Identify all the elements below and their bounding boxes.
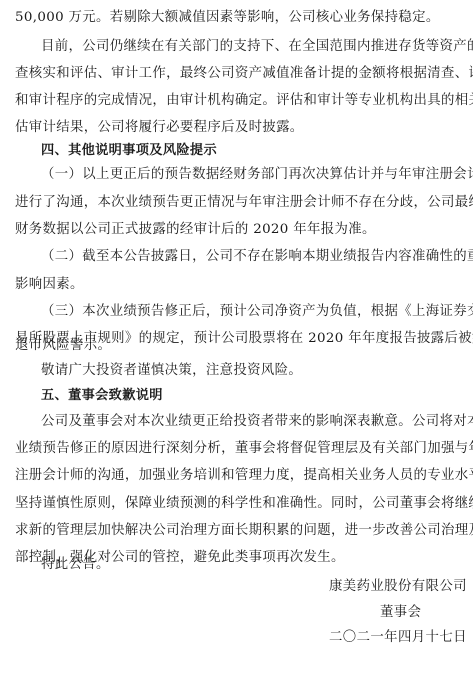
paragraph-line: 业绩预告修正的原因进行深刻分析，董事会将督促管理层及有关部门加强与年审 xyxy=(15,439,458,459)
section-heading-4: 四、其他说明事项及风险提示 xyxy=(41,141,473,161)
paragraph-line: 财务数据以公司正式披露的经审计后的 2020 年年报为准。 xyxy=(15,220,458,240)
paragraph-line: 50,000 万元。若剔除大额减值因素等影响，公司核心业务保持稳定。 xyxy=(15,8,458,28)
paragraph-line: 坚持谨慎性原则，保障业绩预测的科学性和准确性。同时，公司董事会将继续要 xyxy=(15,494,458,514)
paragraph-line: 影响因素。 xyxy=(15,275,458,295)
paragraph-line: 估审计结果，公司将履行必要程序后及时披露。 xyxy=(15,118,458,138)
document-page: 50,000 万元。若剔除大额减值因素等影响，公司核心业务保持稳定。 目前，公司… xyxy=(0,0,473,674)
signature-company: 康美药业股份有限公司 xyxy=(329,577,467,597)
paragraph-line: 退市风险警示。 xyxy=(15,336,458,356)
paragraph-line: 公司及董事会对本次业绩更正给投资者带来的影响深表歉意。公司将对本次 xyxy=(41,412,458,432)
paragraph-line: 目前，公司仍继续在有关部门的支持下、在全国范围内推进存货等资产的清 xyxy=(41,37,458,57)
paragraph-line: 和审计程序的完成情况，由审计机构确定。评估和审计等专业机构出具的相关评 xyxy=(15,91,458,111)
paragraph-line: （一）以上更正后的预告数据经财务部门再次决算估计并与年审注册会计师 xyxy=(41,165,458,185)
section-heading-5: 五、董事会致歉说明 xyxy=(41,386,473,406)
signature-board: 董事会 xyxy=(380,603,421,623)
paragraph-line: （二）截至本公告披露日，公司不存在影响本期业绩报告内容准确性的重大 xyxy=(41,247,458,267)
paragraph-line: 敬请广大投资者谨慎决策，注意投资风险。 xyxy=(41,361,458,381)
paragraph-line: 注册会计师的沟通，加强业务培训和管理力度，提高相关业务人员的专业水平， xyxy=(15,466,458,486)
paragraph-line: 求新的管理层加快解决公司治理方面长期积累的问题，进一步改善公司治理及内 xyxy=(15,521,458,541)
paragraph-line: 查核实和评估、审计工作，最终公司资产减值准备计提的金额将根据清查、评估 xyxy=(15,64,458,84)
paragraph-line: （三）本次业绩预告修正后，预计公司净资产为负值，根据《上海证券交 xyxy=(41,302,458,322)
paragraph-line: 进行了沟通，本次业绩预告更正情况与年审注册会计师不存在分歧，公司最终的 xyxy=(15,193,458,213)
closing-line: 特此公告。 xyxy=(41,555,458,575)
signature-date: 二〇二一年四月十七日 xyxy=(329,628,467,648)
